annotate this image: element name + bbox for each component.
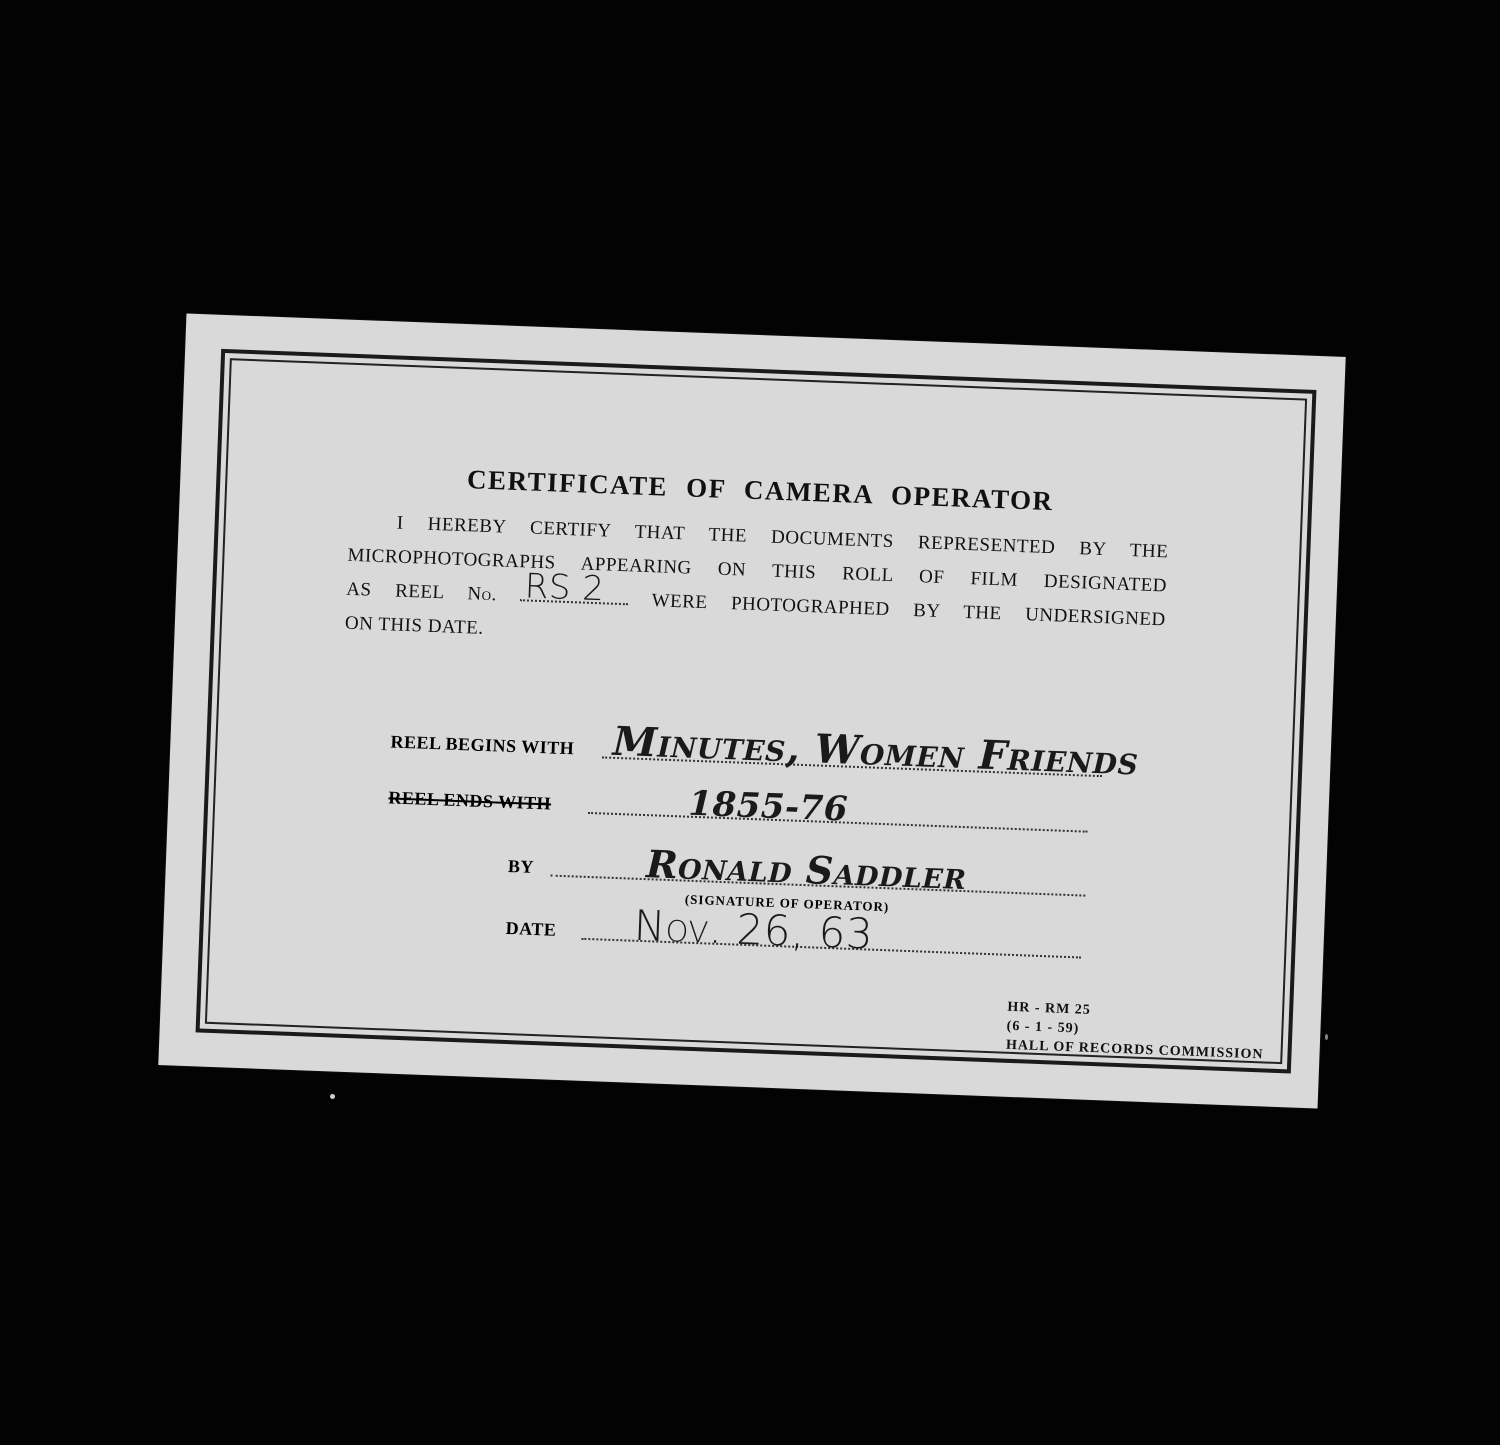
certificate-body: CERTIFICATE OF CAMERA OPERATOR I HEREBY … <box>344 460 1170 672</box>
reel-ends-value: 1855-76 <box>688 784 849 830</box>
reel-no-field[interactable]: RS 2 <box>520 579 629 605</box>
certificate-fields: REEL BEGINS WITH Minutes, Women Friends … <box>343 705 1111 971</box>
reel-begins-label: REEL BEGINS WITH <box>390 731 574 759</box>
operator-signature-value: Ronald Saddler <box>645 841 967 898</box>
film-speck <box>330 1094 335 1099</box>
film-speck <box>1325 1034 1328 1040</box>
reel-no-value: RS 2 <box>524 569 605 606</box>
reel-no-label: AS REEL No. <box>346 579 497 606</box>
form-identifier: HR - RM 25 (6 - 1 - 59) HALL OF RECORDS … <box>1006 998 1266 1065</box>
reel-ends-label: REEL ENDS WITH <box>388 787 551 814</box>
date-value: Nov. 26, 63 <box>633 901 874 959</box>
date-label: DATE <box>505 918 556 941</box>
by-label: BY <box>508 856 535 878</box>
certificate-card: CERTIFICATE OF CAMERA OPERATOR I HEREBY … <box>158 314 1345 1109</box>
